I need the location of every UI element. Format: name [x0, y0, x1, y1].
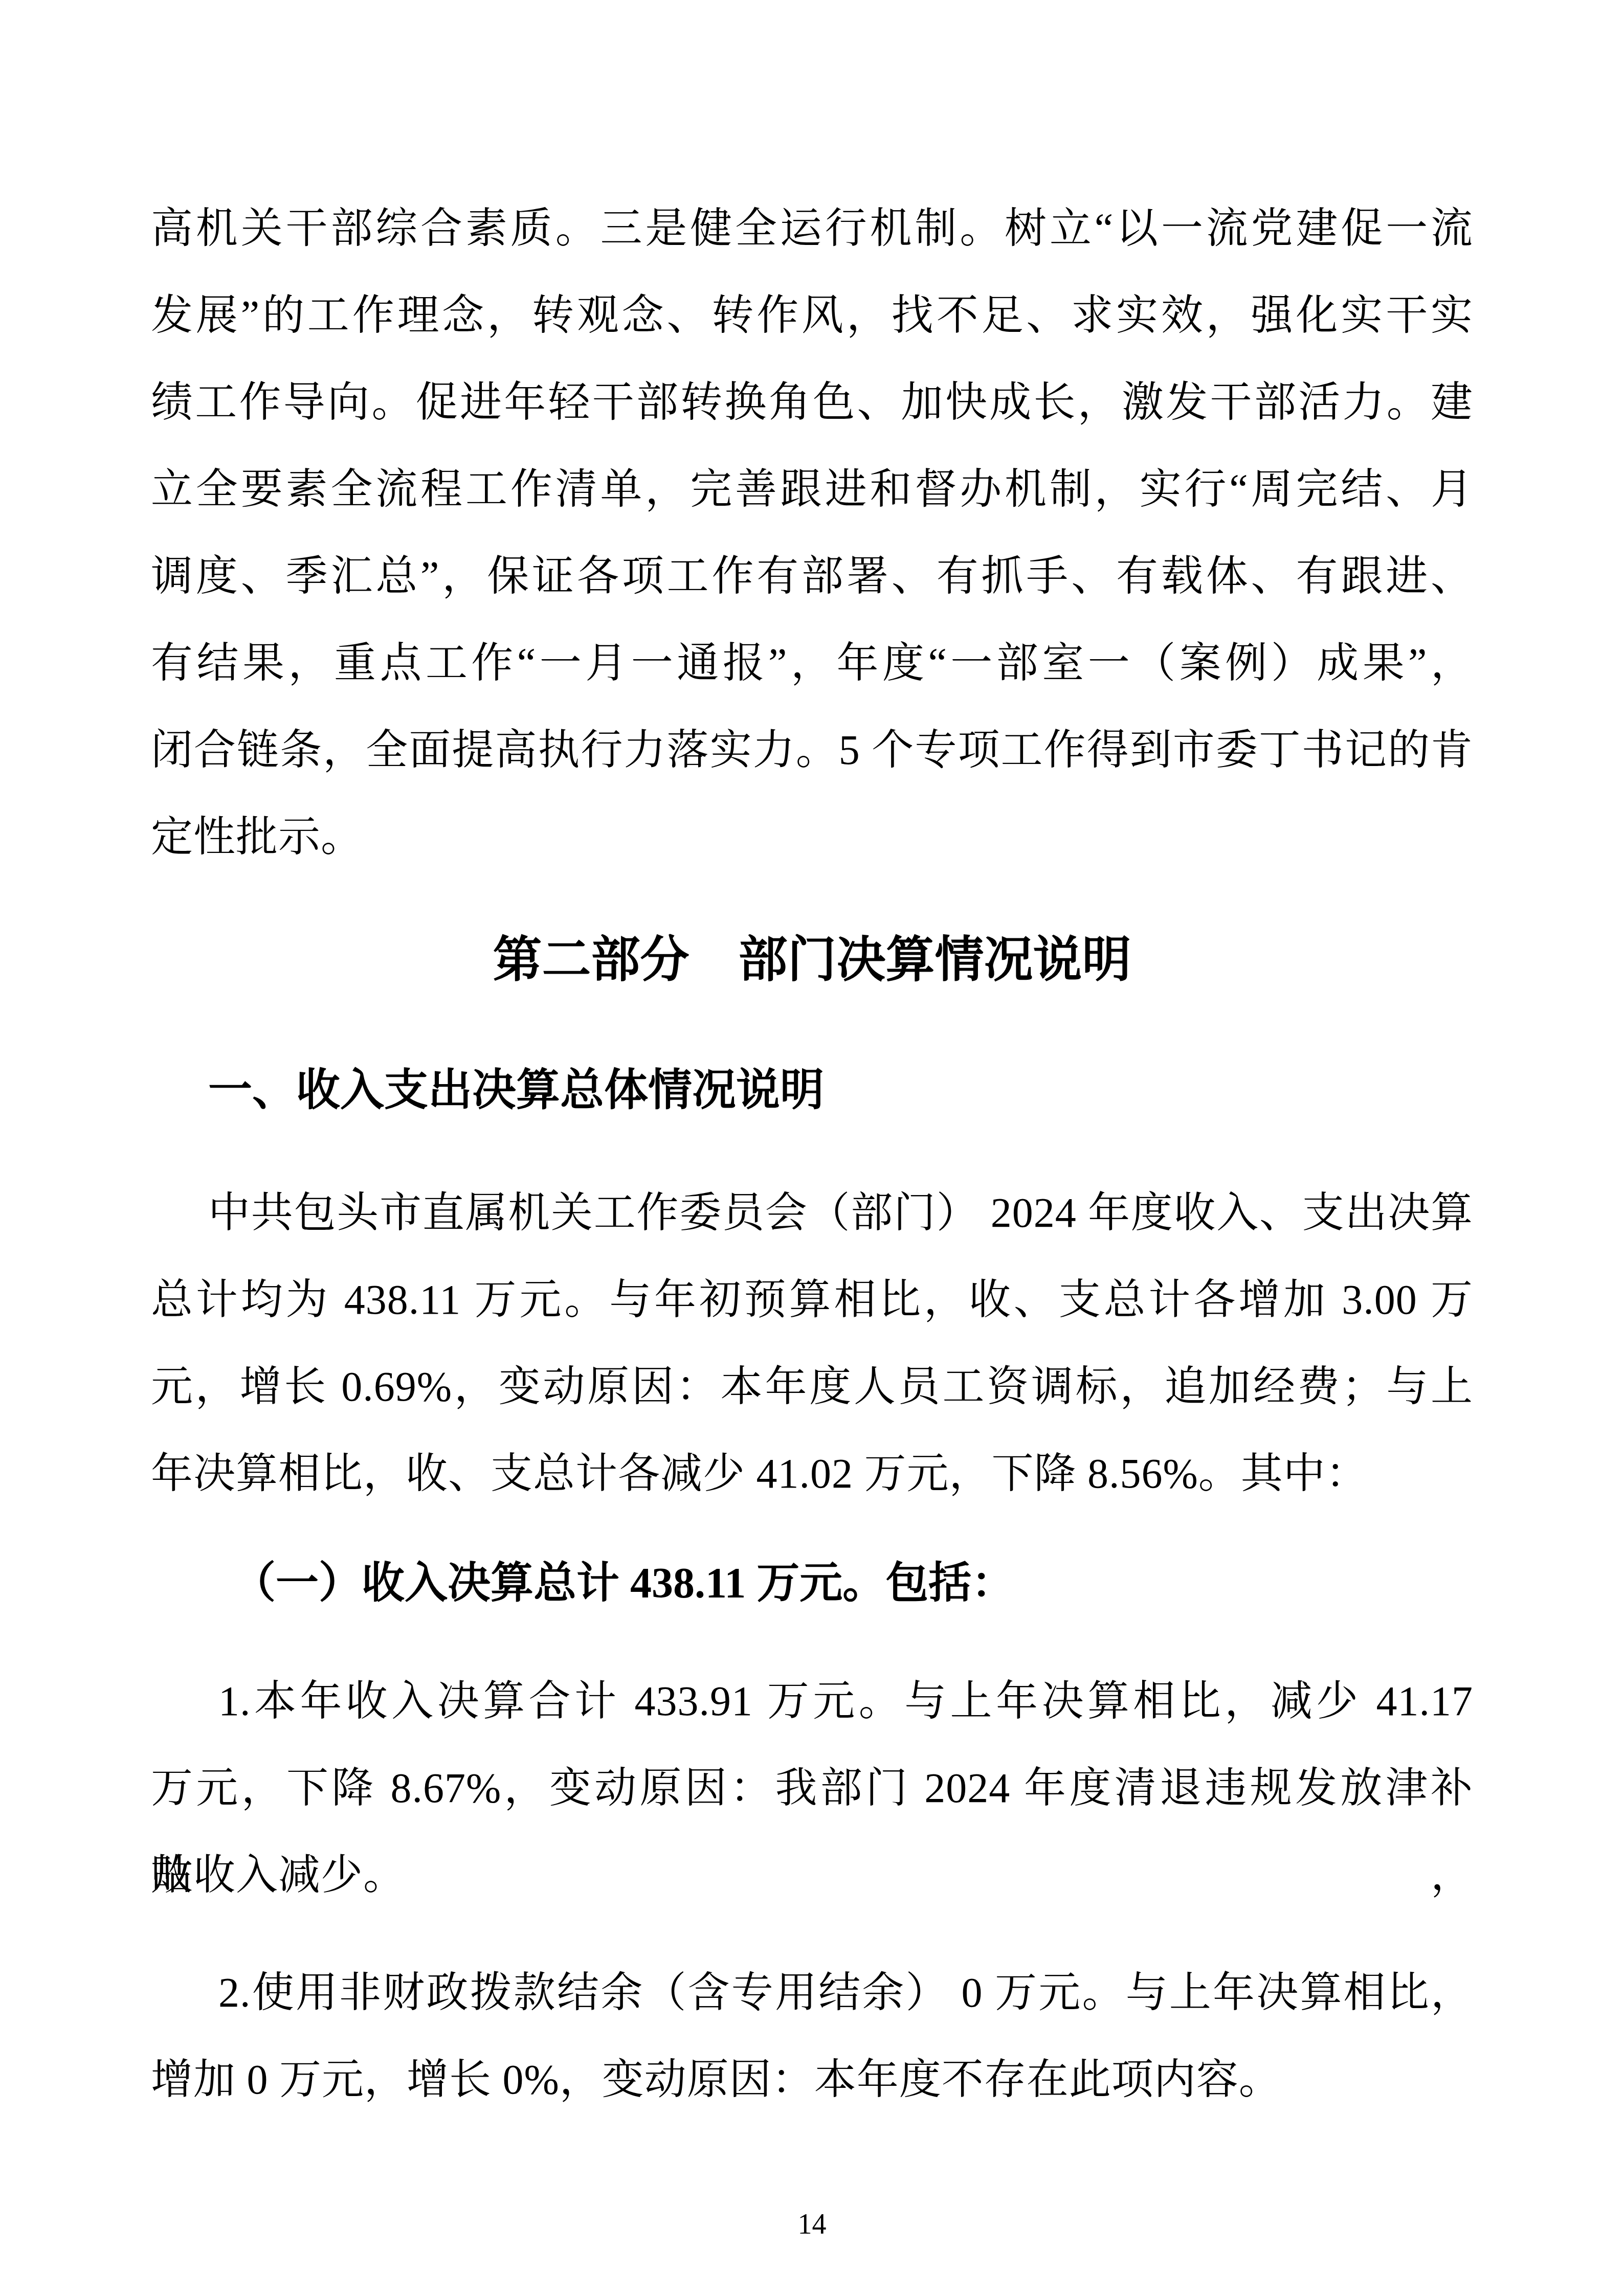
text-line: 立全要素全流程工作清单，完善跟进和督办机制，实行“周完结、月 — [151, 446, 1473, 533]
text-line: 1.本年收入决算合计 433.91 万元。与上年决算相比，减少 41.17 — [151, 1658, 1473, 1745]
section2-heading: （一）收入决算总计 438.11 万元。包括： — [151, 1540, 1473, 1627]
text-line: 年决算相比，收、支总计各减少 41.02 万元，下降 8.56%。其中： — [151, 1430, 1473, 1517]
page-content: 高机关干部综合素质。三是健全运行机制。树立“以一流党建促一流 发展”的工作理念，… — [151, 0, 1473, 2123]
text-line: 调度、季汇总”，保证各项工作有部署、有抓手、有载体、有跟进、 — [151, 533, 1473, 620]
page-number: 14 — [0, 2204, 1624, 2245]
text-line: 有结果，重点工作“一月一通报”，年度“一部室一（案例）成果”， — [151, 620, 1473, 707]
text-line: 高机关干部综合素质。三是健全运行机制。树立“以一流党建促一流 — [151, 185, 1473, 272]
paragraph-continuation: 高机关干部综合素质。三是健全运行机制。树立“以一流党建促一流 发展”的工作理念，… — [151, 185, 1473, 881]
text-line: 中共包头市直属机关工作委员会（部门） 2024 年度收入、支出决算 — [151, 1169, 1473, 1256]
text-line: 绩工作导向。促进年轻干部转换角色、加快成长，激发干部活力。建 — [151, 359, 1473, 446]
text-line: 增加 0 万元，增长 0%，变动原因：本年度不存在此项内容。 — [151, 2036, 1473, 2123]
paragraph-overview: 中共包头市直属机关工作委员会（部门） 2024 年度收入、支出决算 总计均为 4… — [151, 1169, 1473, 1517]
text-line: 定性批示。 — [151, 794, 1473, 881]
document-page: 高机关干部综合素质。三是健全运行机制。树立“以一流党建促一流 发展”的工作理念，… — [0, 0, 1624, 2296]
text-line: 总计均为 438.11 万元。与年初预算相比，收、支总计各增加 3.00 万 — [151, 1256, 1473, 1343]
section1-heading: 一、收入支出决算总体情况说明 — [151, 1047, 1473, 1134]
paragraph-item1: 1.本年收入决算合计 433.91 万元。与上年决算相比，减少 41.17 万元… — [151, 1658, 1473, 1919]
part2-heading: 第二部分 部门决算情况说明 — [151, 916, 1473, 1003]
text-line: 闭合链条，全面提高执行力落实力。5 个专项工作得到市委丁书记的肯 — [151, 707, 1473, 794]
text-line: 2.使用非财政拨款结余（含专用结余） 0 万元。与上年决算相比， — [151, 1949, 1473, 2036]
text-line: 元，增长 0.69%，变动原因：本年度人员工资调标，追加经费；与上 — [151, 1343, 1473, 1430]
text-line: 发展”的工作理念，转观念、转作风，找不足、求实效，强化实干实 — [151, 272, 1473, 359]
paragraph-item2: 2.使用非财政拨款结余（含专用结余） 0 万元。与上年决算相比， 增加 0 万元… — [151, 1949, 1473, 2123]
text-line: 万元，下降 8.67%，变动原因：我部门 2024 年度清退违规发放津补贴， — [151, 1745, 1473, 1832]
